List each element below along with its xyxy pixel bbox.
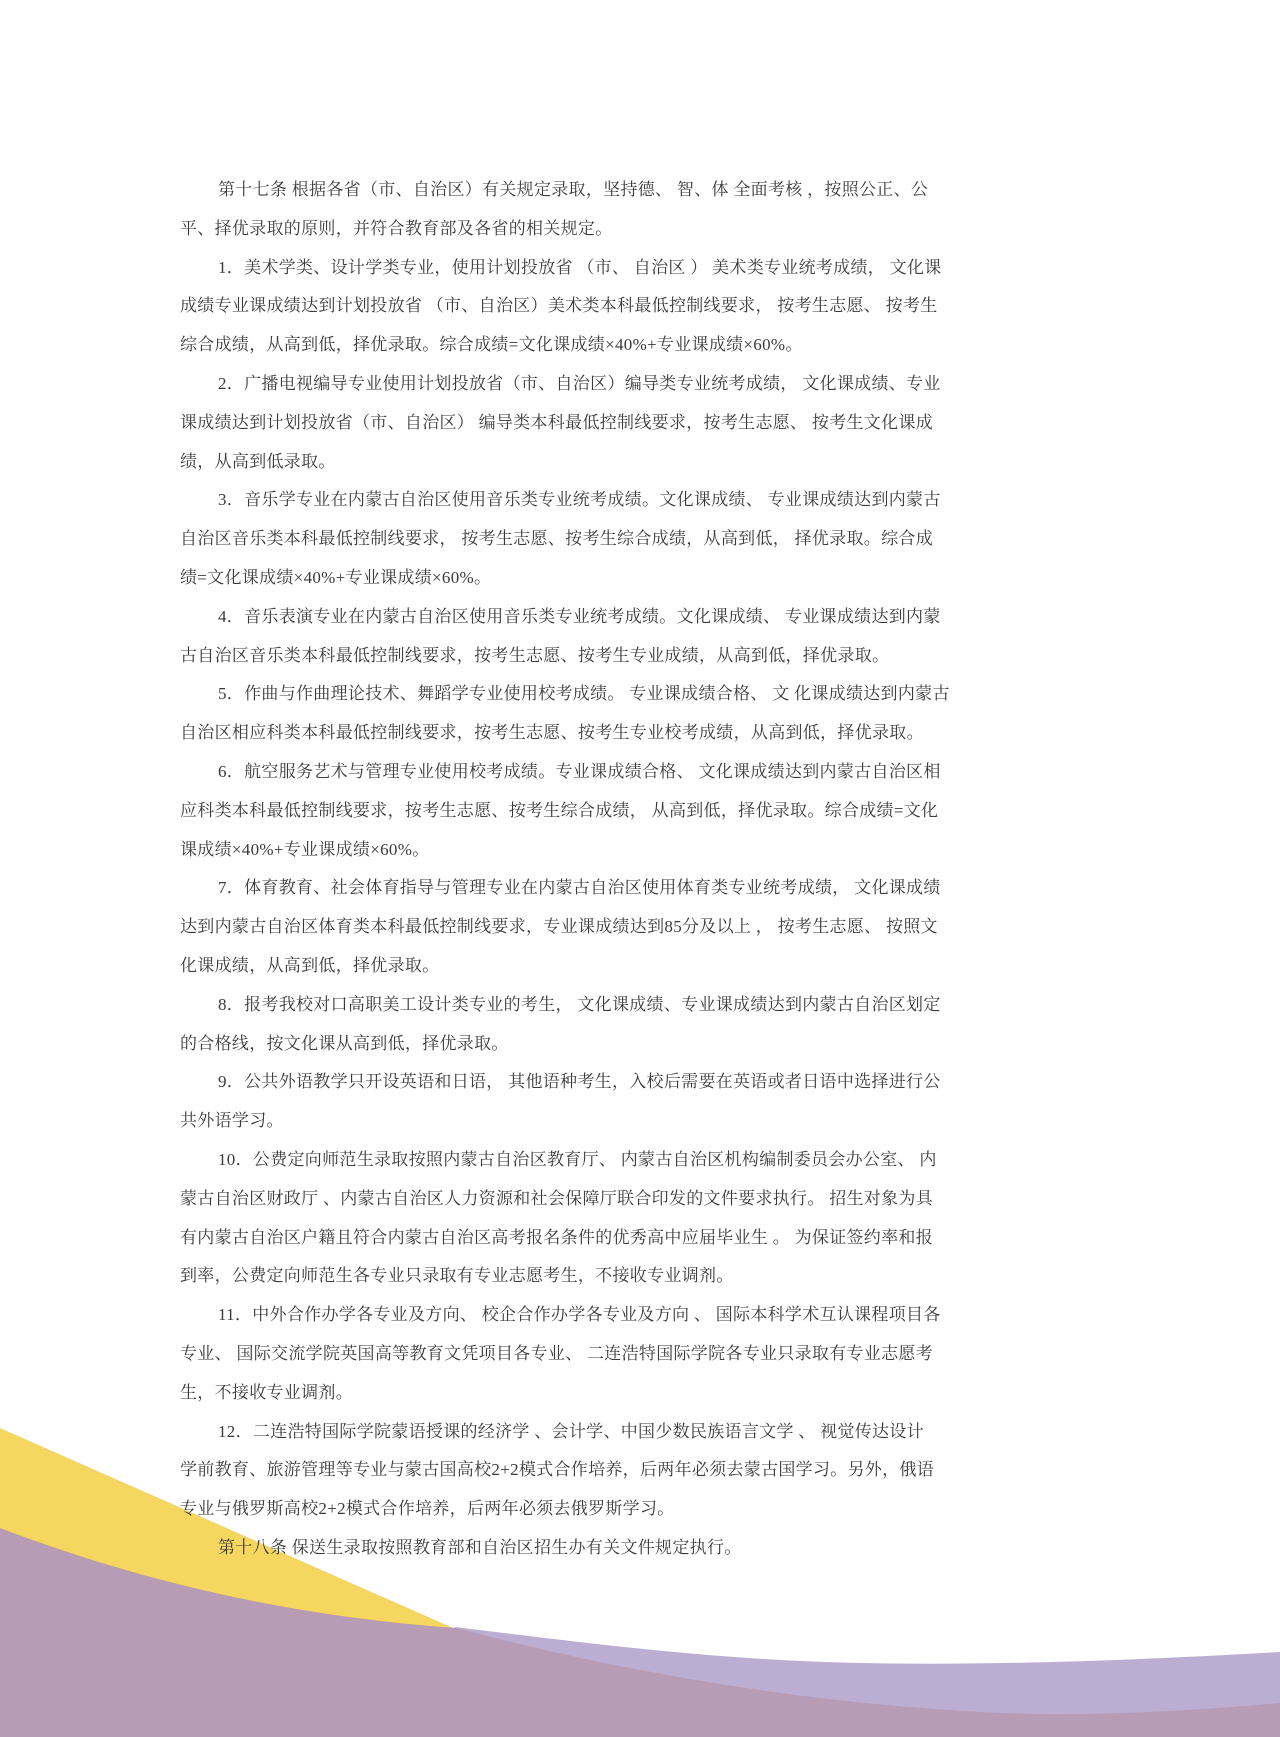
text-line: 化课成绩，从高到低，择优录取。 xyxy=(180,947,970,986)
text-line: 平、择优录取的原则，并符合教育部及各省的相关规定。 xyxy=(180,210,970,249)
document-page: 第十七条 根据各省（市、自治区）有关规定录取，坚持德、 智、体 全面考核 ，按照… xyxy=(0,0,1280,1737)
text-line: 课成绩达到计划投放省（市、自治区） 编导类本科最低控制线要求，按考生志愿、 按考… xyxy=(180,404,970,443)
text-line: 10．公费定向师范生录取按照内蒙古自治区教育厅、 内蒙古自治区机构编制委员会办公… xyxy=(180,1141,970,1180)
text-line: 第十七条 根据各省（市、自治区）有关规定录取，坚持德、 智、体 全面考核 ，按照… xyxy=(180,171,970,210)
text-line: 8．报考我校对口高职美工设计类专业的考生， 文化课成绩、专业课成绩达到内蒙古自治… xyxy=(180,986,970,1025)
text-line: 绩，从高到低录取。 xyxy=(180,443,970,482)
text-line: 成绩专业课成绩达到计划投放省 （市、自治区）美术类本科最低控制线要求， 按考生志… xyxy=(180,287,970,326)
text-line: 4．音乐表演专业在内蒙古自治区使用音乐类专业统考成绩。文化课成绩、 专业课成绩达… xyxy=(180,598,970,637)
text-line: 的合格线，按文化课从高到低，择优录取。 xyxy=(180,1025,970,1064)
text-line: 达到内蒙古自治区体育类本科最低控制线要求，专业课成绩达到85分及以上 ， 按考生… xyxy=(180,908,970,947)
text-line: 学前教育、旅游管理等专业与蒙古国高校2+2模式合作培养，后两年必须去蒙古国学习。… xyxy=(180,1451,970,1490)
text-line: 第十八条 保送生录取按照教育部和自治区招生办有关文件规定执行。 xyxy=(180,1529,970,1568)
text-line: 共外语学习。 xyxy=(180,1102,970,1141)
text-line: 自治区相应科类本科最低控制线要求，按考生志愿、按考生专业校考成绩，从高到低，择优… xyxy=(180,714,970,753)
text-line: 9．公共外语教学只开设英语和日语， 其他语种考生，入校后需要在英语或者日语中选择… xyxy=(180,1063,970,1102)
text-line: 蒙古自治区财政厅 、内蒙古自治区人力资源和社会保障厅联合印发的文件要求执行。 招… xyxy=(180,1180,970,1219)
lavender-wave-decoration xyxy=(455,1627,1280,1737)
text-line: 7．体育教育、社会体育指导与管理专业在内蒙古自治区使用体育类专业统考成绩， 文化… xyxy=(180,869,970,908)
text-line: 1．美术学类、设计学类专业，使用计划投放省 （市、 自治区 ） 美术类专业统考成… xyxy=(180,249,970,288)
text-line: 应科类本科最低控制线要求，按考生志愿、按考生综合成绩， 从高到低，择优录取。综合… xyxy=(180,792,970,831)
text-line: 6．航空服务艺术与管理专业使用校考成绩。专业课成绩合格、 文化课成绩达到内蒙古自… xyxy=(180,753,970,792)
text-line: 综合成绩，从高到低，择优录取。综合成绩=文化课成绩×40%+专业课成绩×60%。 xyxy=(180,326,970,365)
text-line: 到率，公费定向师范生各专业只录取有专业志愿考生，不接收专业调剂。 xyxy=(180,1257,970,1296)
text-line: 生，不接收专业调剂。 xyxy=(180,1374,970,1413)
text-line: 2．广播电视编导专业使用计划投放省（市、自治区）编导类专业统考成绩， 文化课成绩… xyxy=(180,365,970,404)
text-line: 11．中外合作办学各专业及方向、 校企合作办学各专业及方向 、 国际本科学术互认… xyxy=(180,1296,970,1335)
text-line: 绩=文化课成绩×40%+专业课成绩×60%。 xyxy=(180,559,970,598)
text-line: 12．二连浩特国际学院蒙语授课的经济学 、会计学、中国少数民族语言文学 、 视觉… xyxy=(180,1413,970,1452)
document-body: 第十七条 根据各省（市、自治区）有关规定录取，坚持德、 智、体 全面考核 ，按照… xyxy=(180,171,970,1568)
text-line: 专业与俄罗斯高校2+2模式合作培养，后两年必须去俄罗斯学习。 xyxy=(180,1490,970,1529)
text-line: 5．作曲与作曲理论技术、舞蹈学专业使用校考成绩。 专业课成绩合格、 文 化课成绩… xyxy=(180,675,970,714)
text-line: 古自治区音乐类本科最低控制线要求，按考生志愿、按考生专业成绩，从高到低，择优录取… xyxy=(180,637,970,676)
text-line: 课成绩×40%+专业课成绩×60%。 xyxy=(180,831,970,870)
text-line: 自治区音乐类本科最低控制线要求， 按考生志愿、按考生综合成绩，从高到低， 择优录… xyxy=(180,520,970,559)
text-line: 3．音乐学专业在内蒙古自治区使用音乐类专业统考成绩。文化课成绩、 专业课成绩达到… xyxy=(180,481,970,520)
text-line: 有内蒙古自治区户籍且符合内蒙古自治区高考报名条件的优秀高中应届毕业生 。 为保证… xyxy=(180,1219,970,1258)
text-line: 专业、 国际交流学院英国高等教育文凭项目各专业、 二连浩特国际学院各专业只录取有… xyxy=(180,1335,970,1374)
